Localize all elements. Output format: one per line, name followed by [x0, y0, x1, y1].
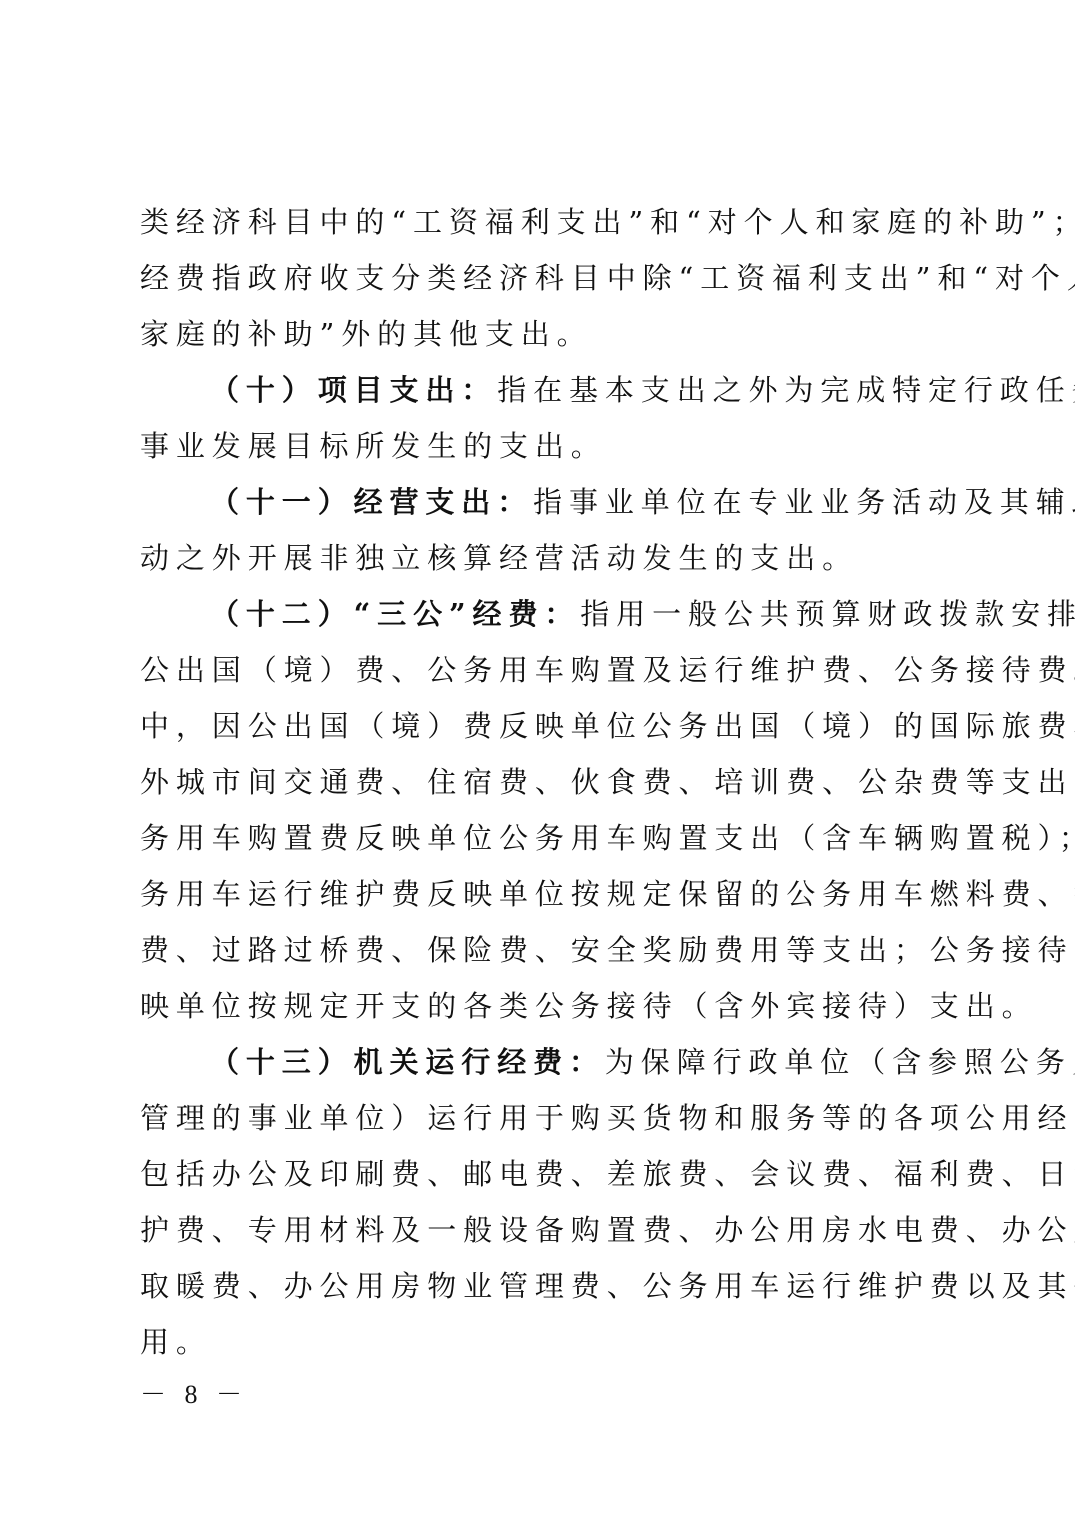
line-text: 管理的事业单位）运行用于购买货物和服务等的各项公用经费，	[140, 1101, 1075, 1135]
paragraph-line: 用。	[140, 1320, 940, 1364]
definition-item-10: （十）项目支出：指在基本支出之外为完成特定行政任务和	[210, 368, 940, 412]
line-text: 取暖费、办公用房物业管理费、公务用车运行维护费以及其他费	[140, 1269, 1075, 1303]
paragraph-line: 经费指政府收支分类经济科目中除“工资福利支出”和“对个人和	[140, 256, 940, 300]
paragraph-line: 务用车运行维护费反映单位按规定保留的公务用车燃料费、维修	[140, 872, 940, 916]
paragraph-line: 护费、专用材料及一般设备购置费、办公用房水电费、办公用房	[140, 1208, 940, 1252]
line-text: 映单位按规定开支的各类公务接待（含外宾接待）支出。	[140, 989, 1038, 1023]
line-text: 外城市间交通费、住宿费、伙食费、培训费、公杂费等支出；公	[140, 765, 1075, 799]
line-text: 为保障行政单位（含参照公务员法	[605, 1045, 1075, 1079]
line-text: 类经济科目中的“工资福利支出”和“对个人和家庭的补助”；公用	[140, 205, 1075, 239]
line-text: 经费指政府收支分类经济科目中除“工资福利支出”和“对个人和	[140, 261, 1075, 295]
line-text: 务用车购置费反映单位公务用车购置支出（含车辆购置税）；公	[140, 821, 1075, 855]
paragraph-line: 动之外开展非独立核算经营活动发生的支出。	[140, 536, 940, 580]
line-text: 公出国（境）费、公务用车购置及运行维护费、公务接待费。其	[140, 653, 1075, 687]
paragraph-line: 公出国（境）费、公务用车购置及运行维护费、公务接待费。其	[140, 648, 940, 692]
paragraph-line: 务用车购置费反映单位公务用车购置支出（含车辆购置税）；公	[140, 816, 940, 860]
definition-item-12: （十二）“三公”经费：指用一般公共预算财政拨款安排的因	[210, 592, 940, 636]
page-number: － 8 －	[140, 1375, 248, 1415]
paragraph-line: 映单位按规定开支的各类公务接待（含外宾接待）支出。	[140, 984, 940, 1028]
line-text: 务用车运行维护费反映单位按规定保留的公务用车燃料费、维修	[140, 877, 1075, 911]
paragraph-line: 取暖费、办公用房物业管理费、公务用车运行维护费以及其他费	[140, 1264, 940, 1308]
line-text: 事业发展目标所发生的支出。	[140, 429, 607, 463]
line-text: 包括办公及印刷费、邮电费、差旅费、会议费、福利费、日常维	[140, 1157, 1075, 1191]
definition-term: （十）项目支出：	[210, 373, 497, 407]
line-text: 动之外开展非独立核算经营活动发生的支出。	[140, 541, 858, 575]
definition-term: （十二）“三公”经费：	[210, 597, 580, 631]
definition-item-13: （十三）机关运行经费：为保障行政单位（含参照公务员法	[210, 1040, 940, 1084]
line-text: 指事业单位在专业业务活动及其辅助活	[533, 485, 1075, 519]
paragraph-line: 包括办公及印刷费、邮电费、差旅费、会议费、福利费、日常维	[140, 1152, 940, 1196]
line-text: 护费、专用材料及一般设备购置费、办公用房水电费、办公用房	[140, 1213, 1075, 1247]
document-page: 类经济科目中的“工资福利支出”和“对个人和家庭的补助”；公用 经费指政府收支分类…	[0, 0, 1075, 1520]
line-text: 家庭的补助”外的其他支出。	[140, 317, 593, 351]
line-text: 中，因公出国（境）费反映单位公务出国（境）的国际旅费、国	[140, 709, 1075, 743]
paragraph-line: 中，因公出国（境）费反映单位公务出国（境）的国际旅费、国	[140, 704, 940, 748]
definition-term: （十一）经营支出：	[210, 485, 533, 519]
line-text: 用。	[140, 1325, 212, 1359]
line-text: 费、过路过桥费、保险费、安全奖励费用等支出；公务接待费反	[140, 933, 1075, 967]
paragraph-line: 类经济科目中的“工资福利支出”和“对个人和家庭的补助”；公用	[140, 200, 940, 244]
definition-term: （十三）机关运行经费：	[210, 1045, 605, 1079]
paragraph-line: 事业发展目标所发生的支出。	[140, 424, 940, 468]
paragraph-line: 费、过路过桥费、保险费、安全奖励费用等支出；公务接待费反	[140, 928, 940, 972]
paragraph-line: 家庭的补助”外的其他支出。	[140, 312, 940, 356]
definition-item-11: （十一）经营支出：指事业单位在专业业务活动及其辅助活	[210, 480, 940, 524]
line-text: 指用一般公共预算财政拨款安排的因	[580, 597, 1075, 631]
paragraph-line: 管理的事业单位）运行用于购买货物和服务等的各项公用经费，	[140, 1096, 940, 1140]
line-text: 指在基本支出之外为完成特定行政任务和	[497, 373, 1075, 407]
paragraph-line: 外城市间交通费、住宿费、伙食费、培训费、公杂费等支出；公	[140, 760, 940, 804]
